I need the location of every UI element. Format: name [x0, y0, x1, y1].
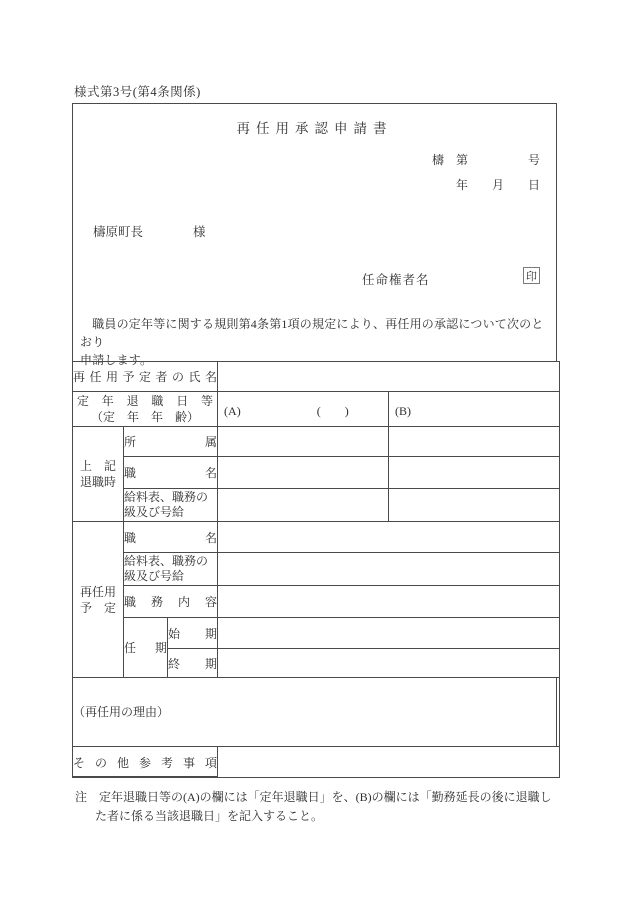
footnote-line2: た者に係る当該退職日」を記入すること。: [75, 807, 561, 826]
term-end-cell: [218, 649, 560, 678]
reappoint-label-line1: 再任用: [73, 584, 123, 600]
form-title: 再任用承認申請書: [73, 117, 556, 137]
retirement-date-label-line1: 定年退職日等: [73, 393, 217, 409]
other-notes-label: その他参考事項: [73, 747, 218, 778]
cell-b-marker: (B): [395, 404, 411, 419]
row-duties: 職務内容: [73, 586, 560, 618]
reappoint-group-label: 再任用 予 定: [73, 522, 124, 678]
form-border-box: 再任用承認申請書 檮 第 号 年 月 日 檮原町長 様 任命権者名 印 職員の定…: [72, 103, 557, 777]
job-title-label: 職名: [124, 457, 218, 489]
body-text-line1: 職員の定年等に関する規則第4条第1項の規定により、再任用の承認について次のとおり: [80, 315, 552, 351]
form-page: 様式第3号(第4条関係) 再任用承認申請書 檮 第 号 年 月 日 檮原町長 様…: [0, 0, 630, 915]
job-title-b-cell: [389, 457, 560, 489]
row-candidate-name: 再任用予定者の氏名: [73, 362, 560, 392]
row-prev-affiliation: 上 記 退職時 所属: [73, 427, 560, 457]
new-job-title-label: 職名: [124, 522, 218, 553]
at-retirement-label-line1: 上 記: [73, 458, 123, 474]
term-end-label: 終期: [168, 649, 218, 678]
retirement-date-a-cell: (A) ( ): [218, 392, 389, 427]
term-start-cell: [218, 618, 560, 649]
at-retirement-group-label: 上 記 退職時: [73, 427, 124, 522]
new-salary-label: 給料表、職務の 級及び号給: [124, 553, 218, 586]
term-label: 任期: [124, 618, 168, 678]
salary-label: 給料表、職務の 級及び号給: [124, 489, 218, 522]
row-new-salary: 給料表、職務の 級及び号給: [73, 553, 560, 586]
cell-a-marker: (A): [224, 404, 241, 419]
new-salary-label-line2: 級及び号給: [124, 569, 217, 584]
term-start-label: 始期: [168, 618, 218, 649]
seal-character: 印: [526, 268, 537, 284]
row-prev-job-title: 職名: [73, 457, 560, 489]
candidate-name-label: 再任用予定者の氏名: [73, 362, 218, 392]
footnote-line1: 注 定年退職日等の(A)の欄には「定年退職日」を、(B)の欄には「勤務延長の後に…: [75, 788, 561, 807]
at-retirement-label-line2: 退職時: [73, 474, 123, 490]
affiliation-label: 所属: [124, 427, 218, 457]
reason-cell: （再任用の理由）: [73, 678, 560, 747]
application-table: 再任用予定者の氏名 定年退職日等 （定 年 年 齢） (A) ( ): [72, 361, 560, 778]
candidate-name-value-cell: [218, 362, 560, 392]
new-salary-cell: [218, 553, 560, 586]
salary-label-line2: 級及び号給: [124, 505, 217, 520]
duties-label: 職務内容: [124, 586, 218, 618]
cell-a-parens: ( ): [317, 404, 349, 419]
row-new-job-title: 再任用 予 定 職名: [73, 522, 560, 553]
retirement-date-label: 定年退職日等 （定 年 年 齢）: [73, 392, 218, 427]
retirement-date-b-cell: (B): [389, 392, 560, 427]
affiliation-b-cell: [389, 427, 560, 457]
retirement-date-label-line2: （定 年 年 齢）: [73, 409, 217, 425]
new-job-title-cell: [218, 522, 560, 553]
reappoint-label-line2: 予 定: [73, 600, 123, 616]
row-other-notes: その他参考事項: [73, 747, 560, 778]
affiliation-a-cell: [218, 427, 389, 457]
row-prev-salary: 給料表、職務の 級及び号給: [73, 489, 560, 522]
footnote: 注 定年退職日等の(A)の欄には「定年退職日」を、(B)の欄には「勤務延長の後に…: [75, 788, 561, 826]
seal-box: 印: [523, 267, 540, 284]
other-notes-cell: [218, 747, 560, 778]
new-salary-label-line1: 給料表、職務の: [124, 554, 217, 569]
row-reason: （再任用の理由）: [73, 678, 560, 747]
addressee-line: 檮原町長 様: [93, 222, 206, 240]
date-line: 年 月 日: [456, 177, 540, 193]
duties-cell: [218, 586, 560, 618]
salary-a-cell: [218, 489, 389, 522]
job-title-a-cell: [218, 457, 389, 489]
row-term-start: 任期 始期: [73, 618, 560, 649]
appointer-name-label: 任命権者名: [362, 270, 430, 288]
form-code-label: 様式第3号(第4条関係): [74, 82, 201, 100]
doc-number-line: 檮 第 号: [432, 152, 540, 168]
salary-b-cell: [389, 489, 560, 522]
salary-label-line1: 給料表、職務の: [124, 490, 217, 505]
row-retirement-date: 定年退職日等 （定 年 年 齢） (A) ( ) (B): [73, 392, 560, 427]
